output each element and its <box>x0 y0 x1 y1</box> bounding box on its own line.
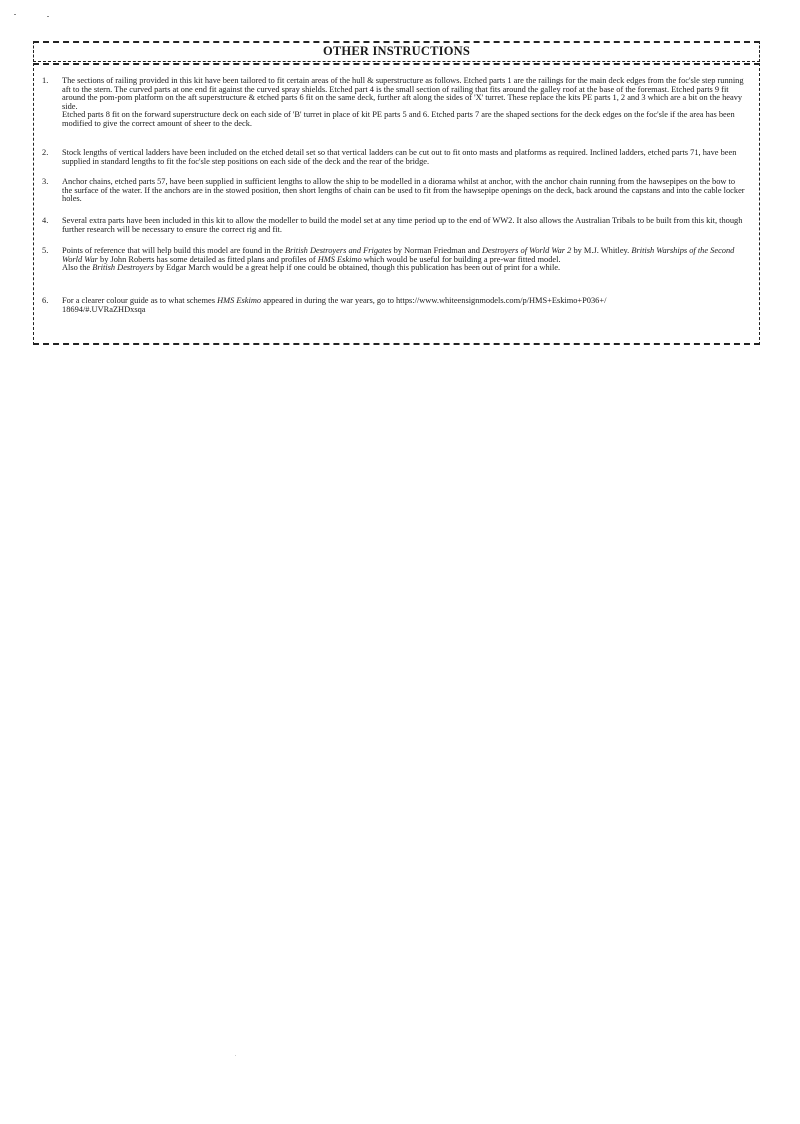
item-paragraph: Several extra parts have been included i… <box>62 217 745 234</box>
speck <box>14 14 16 15</box>
item-number: 2. <box>42 149 48 158</box>
item-number: 3. <box>42 178 48 187</box>
url-text: appeared in during the war years, go to … <box>261 296 606 305</box>
item-text: The sections of railing provided in this… <box>62 77 745 129</box>
item-paragraph: Also the British Destroyers by Edgar Mar… <box>62 264 745 273</box>
item-text: Points of reference that will help build… <box>62 247 745 273</box>
text-segment: by Edgar March would be a great help if … <box>154 263 561 272</box>
item-text: For a clearer colour guide as to what sc… <box>62 297 745 314</box>
item-number: 5. <box>42 247 48 256</box>
text-segment: For a clearer colour guide as to what sc… <box>62 296 217 305</box>
text-segment: Also the <box>62 263 92 272</box>
instructions-box: 1. The sections of railing provided in t… <box>33 63 760 345</box>
item-paragraph: Stock lengths of vertical ladders have b… <box>62 149 745 166</box>
scan-speck <box>235 1055 236 1056</box>
book-title: British Destroyers <box>92 263 153 272</box>
item-paragraph: For a clearer colour guide as to what sc… <box>62 297 745 306</box>
item-text: Several extra parts have been included i… <box>62 217 745 234</box>
header-box: OTHER INSTRUCTIONS <box>33 41 760 62</box>
item-text: Stock lengths of vertical ladders have b… <box>62 149 745 166</box>
item-number: 4. <box>42 217 48 226</box>
item-paragraph: 18694/#.UVRaZHDxsqa <box>62 306 745 315</box>
item-paragraph: Etched parts 8 fit on the forward supers… <box>62 111 745 128</box>
ship-name: HMS Eskimo <box>217 296 261 305</box>
page-title: OTHER INSTRUCTIONS <box>34 44 759 59</box>
text-segment: by M.J. Whitley. <box>571 246 631 255</box>
item-number: 6. <box>42 297 48 306</box>
item-number: 1. <box>42 77 48 86</box>
item-paragraph: Points of reference that will help build… <box>62 247 745 264</box>
item-paragraph: The sections of railing provided in this… <box>62 77 745 111</box>
item-paragraph: Anchor chains, etched parts 57, have bee… <box>62 178 745 204</box>
speck <box>47 16 49 17</box>
item-text: Anchor chains, etched parts 57, have bee… <box>62 178 745 204</box>
scan-specks <box>14 14 54 20</box>
